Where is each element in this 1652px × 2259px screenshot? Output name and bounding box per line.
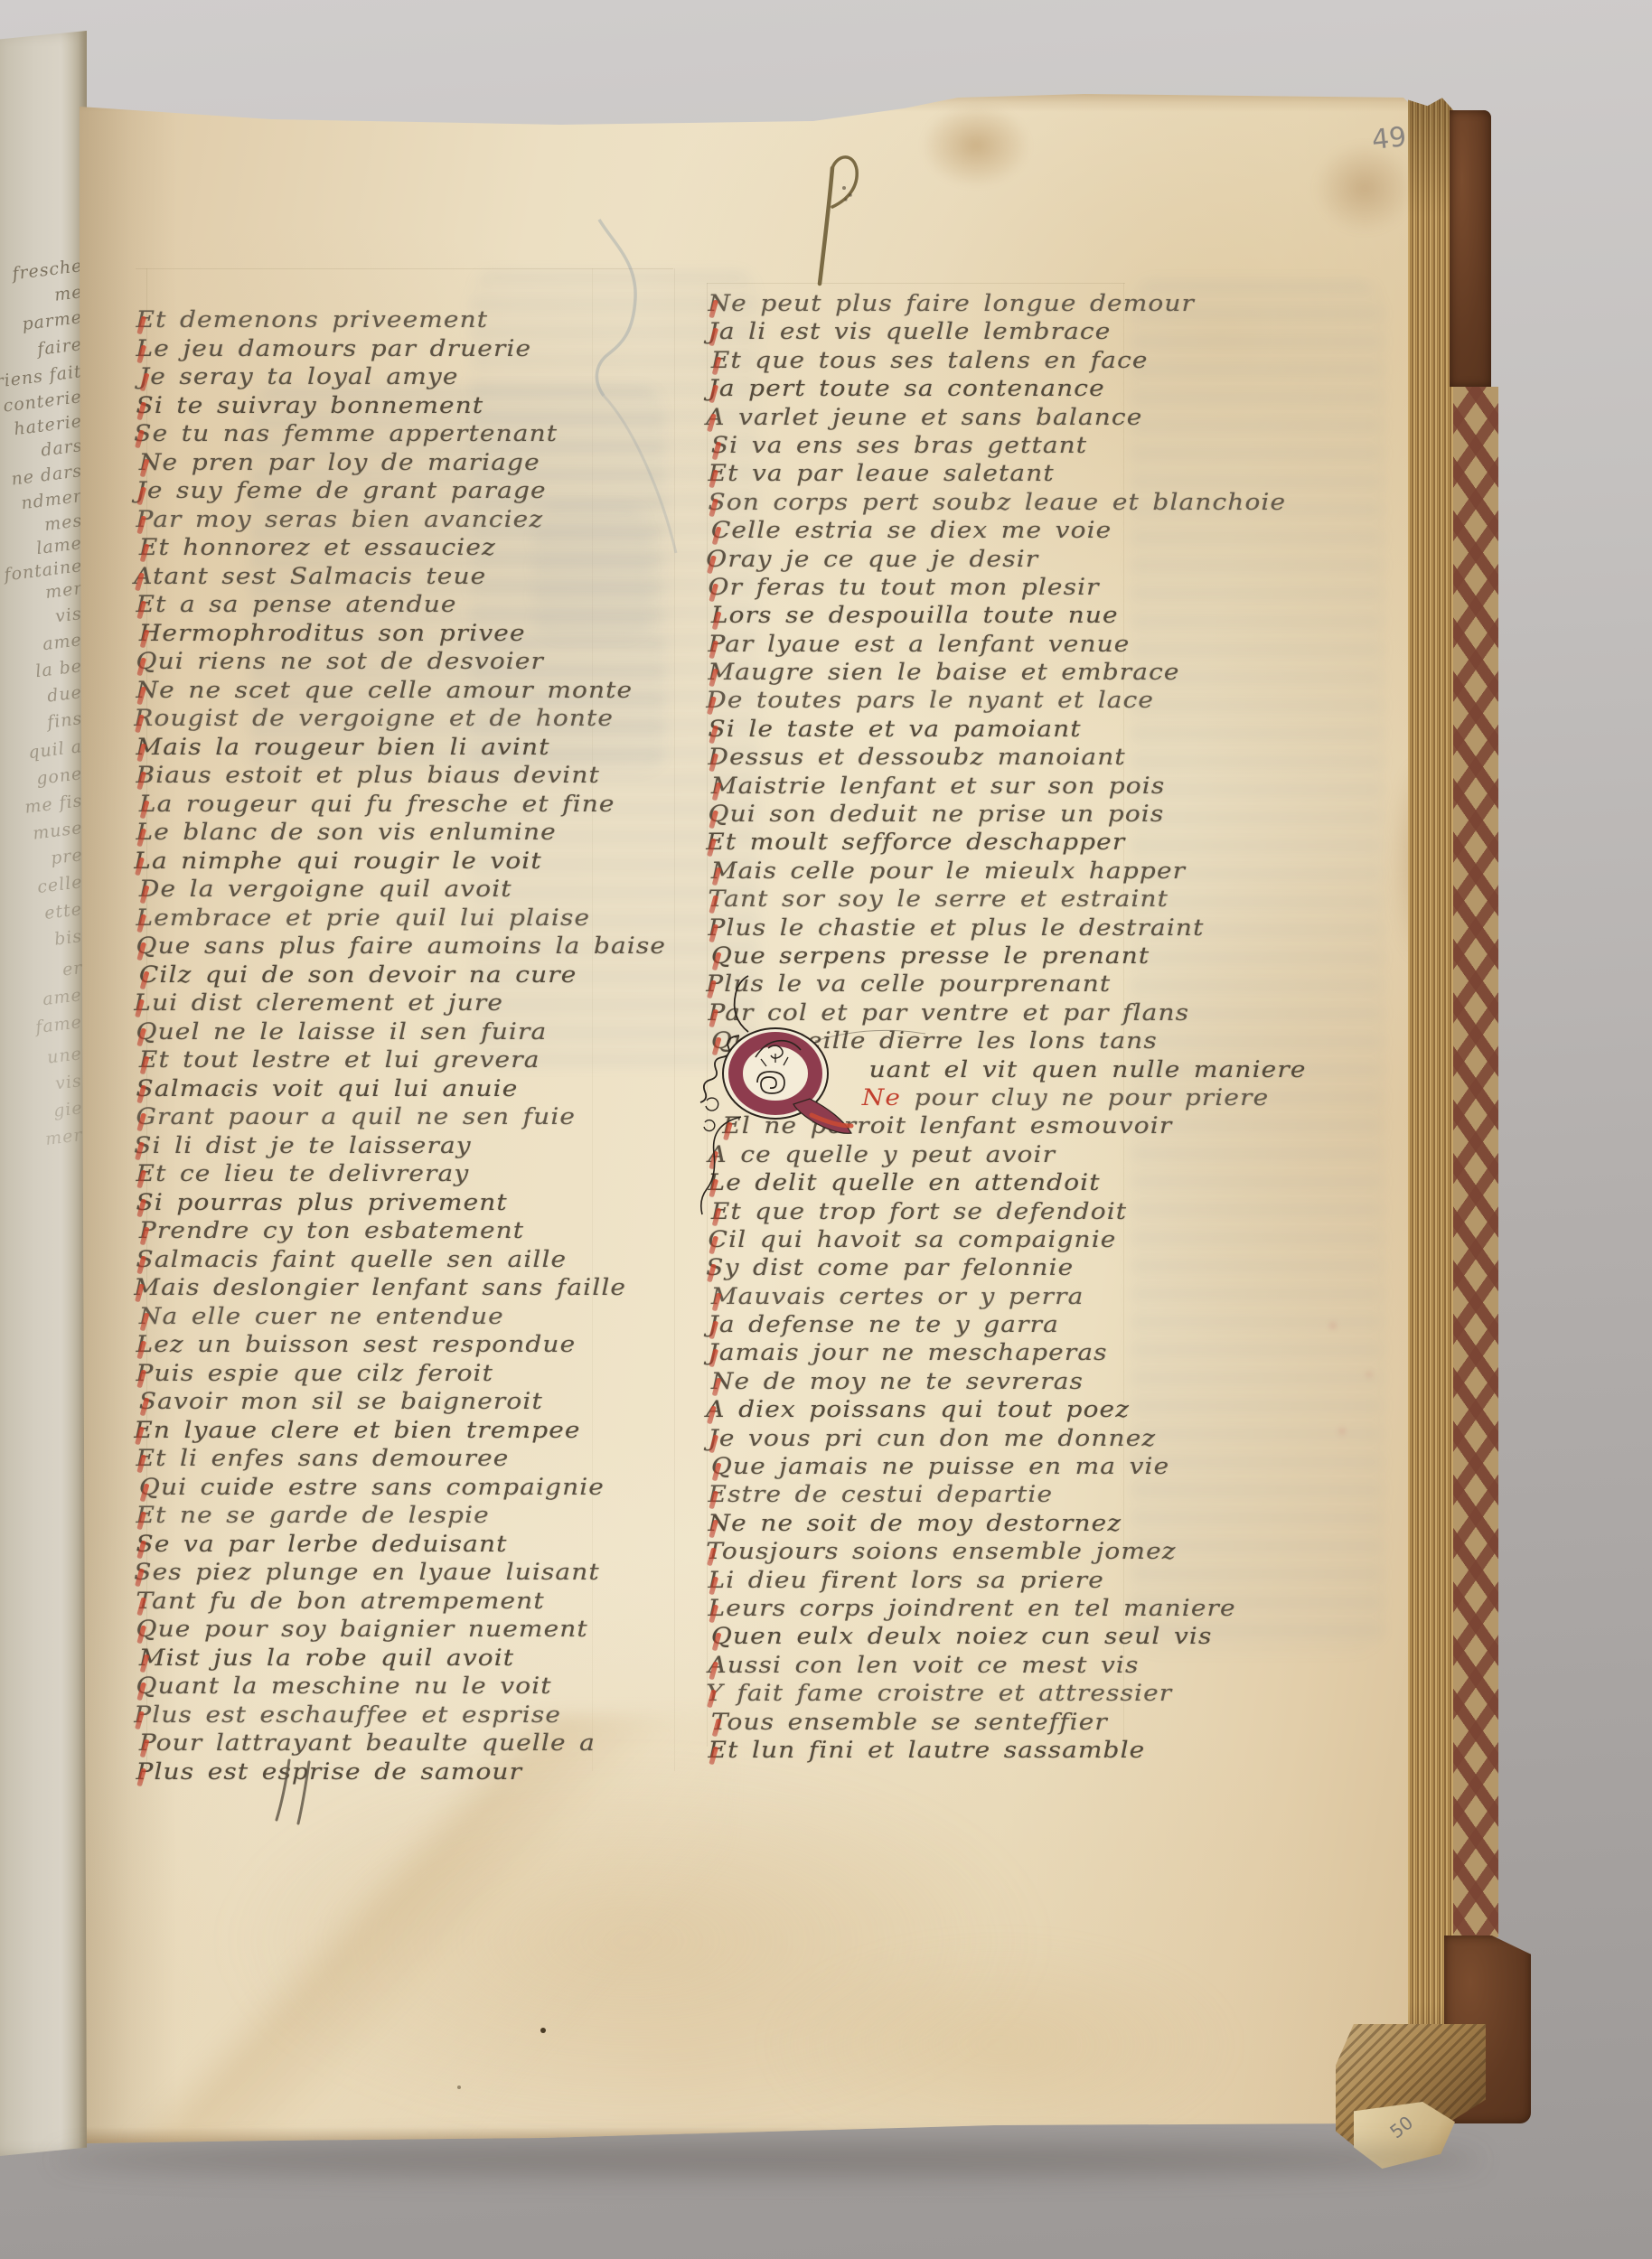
show-through-squiggle: [596, 220, 676, 553]
facing-page-line-fragment: vis: [54, 604, 83, 626]
facing-page-line-fragment: pre: [49, 845, 83, 868]
ink-drawing-layer: [78, 89, 1424, 2143]
facing-page-line-fragment: parme: [21, 307, 83, 334]
facing-page-line-fragment: quil a: [27, 736, 83, 763]
penwork-flourish: [735, 976, 748, 1032]
facing-page-line-fragment: faire: [36, 334, 83, 360]
facing-page-line-fragment: mes: [43, 511, 83, 535]
facing-page-line-fragment: fins: [46, 708, 83, 733]
facing-page-line-fragment: mer: [44, 578, 84, 603]
leather-corner-top: [1450, 110, 1491, 387]
board-pattern-paper: [1453, 387, 1498, 1937]
manuscript-page: Et demenons priveementLe jeu damours par…: [78, 89, 1424, 2143]
fore-edge-page-stack: [1408, 96, 1457, 2123]
facing-page-line-fragment: gie: [52, 1098, 83, 1121]
facing-page-line-fragment: vis: [54, 1071, 83, 1093]
facing-page-line-fragment: muse: [32, 818, 84, 844]
facing-page-line-fragment: haterie: [13, 411, 83, 439]
facing-page-line-fragment: ndmer: [20, 486, 83, 513]
facing-page-line-fragment: gone: [35, 764, 83, 789]
pen-trial-mark: [820, 157, 857, 284]
facing-page-line-fragment: due: [46, 682, 83, 707]
descender-strokes: [277, 1760, 309, 1823]
facing-page-line-fragment: me: [53, 282, 84, 305]
facing-page-line-fragment: fame: [34, 1012, 83, 1037]
facing-page-line-fragment: ne dars: [10, 461, 83, 489]
facing-page-line-fragment: me fis: [23, 791, 83, 818]
facing-page-line-fragment: er: [61, 958, 83, 980]
facing-page-line-fragment: la be: [34, 656, 83, 681]
facing-page-line-fragment: mer: [44, 1125, 84, 1149]
next-folio-number: 50: [1385, 2112, 1417, 2143]
facing-page-line-fragment: bis: [53, 926, 83, 950]
facing-page-strip: freschemeparmefaireriens faitconteriehat…: [0, 31, 87, 2156]
facing-page-line-fragment: lame: [35, 533, 83, 558]
facing-page-line-fragment: fresche: [11, 256, 83, 284]
facing-page-line-fragment: ame: [42, 630, 83, 654]
book-shadow: [54, 2143, 1482, 2176]
facing-page-line-fragment: ette: [43, 899, 83, 923]
facing-page-line-fragment: dars: [40, 436, 84, 460]
facing-page-line-fragment: celle: [36, 872, 84, 897]
manuscript-photo: { "page": { "folio_number": "49", "folio…: [0, 0, 1652, 2259]
facing-page-line-fragment: ame: [42, 985, 83, 1009]
facing-page-line-fragment: une: [46, 1044, 83, 1068]
decorated-initial-q: [700, 976, 925, 1214]
